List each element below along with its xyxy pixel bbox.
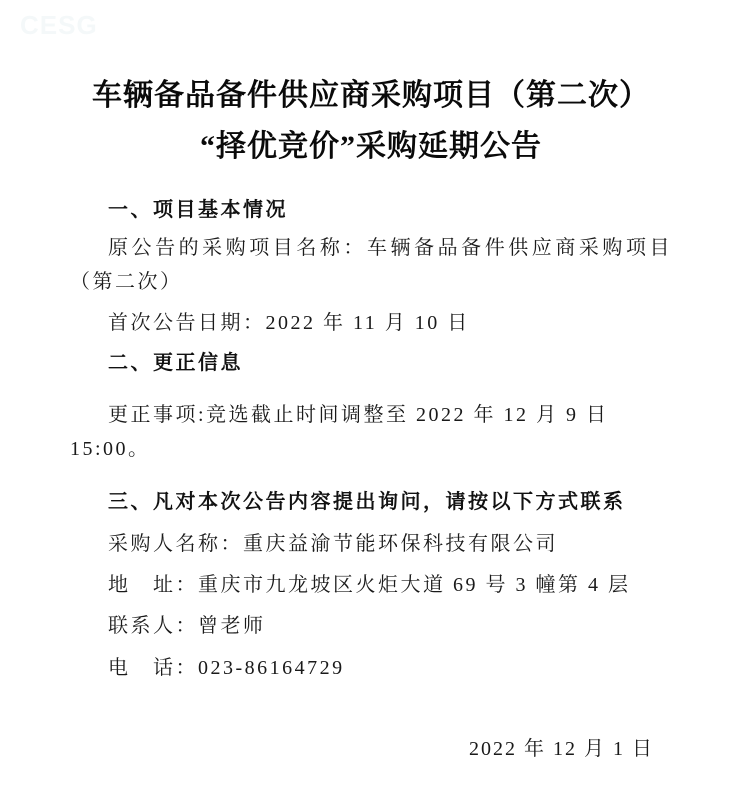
document-date: 2022 年 12 月 1 日 [70,732,672,766]
section-1-heading: 一、项目基本情况 [70,193,672,227]
document-page: { "watermark": "CESG", "title": { "line1… [0,0,742,804]
section-2-heading: 二、更正信息 [70,346,672,380]
title-line-1: 车辆备品备件供应商采购项目（第二次） [70,70,672,121]
announcement-document: 车辆备品备件供应商采购项目（第二次） “择优竞价”采购延期公告 一、项目基本情况… [70,70,672,766]
cesg-watermark: CESG [20,10,98,41]
original-project-name-paragraph: 原公告的采购项目名称：车辆备品备件供应商采购项目（第二次） [70,231,672,299]
address-paragraph: 地 址：重庆市九龙坡区火炬大道 69 号 3 幢第 4 层 [70,568,672,602]
section-3-heading: 三、凡对本次公告内容提出询问，请按以下方式联系 [70,485,672,519]
document-title: 车辆备品备件供应商采购项目（第二次） “择优竞价”采购延期公告 [70,70,672,172]
purchaser-name-paragraph: 采购人名称：重庆益渝节能环保科技有限公司 [70,527,672,561]
title-line-2: “择优竞价”采购延期公告 [70,121,672,172]
correction-item-paragraph: 更正事项:竞选截止时间调整至 2022 年 12 月 9 日 15:00。 [70,398,672,466]
contact-person-paragraph: 联系人：曾老师 [70,609,672,643]
phone-paragraph: 电 话：023-86164729 [70,651,672,685]
first-announcement-date-paragraph: 首次公告日期：2022 年 11 月 10 日 [70,306,672,340]
